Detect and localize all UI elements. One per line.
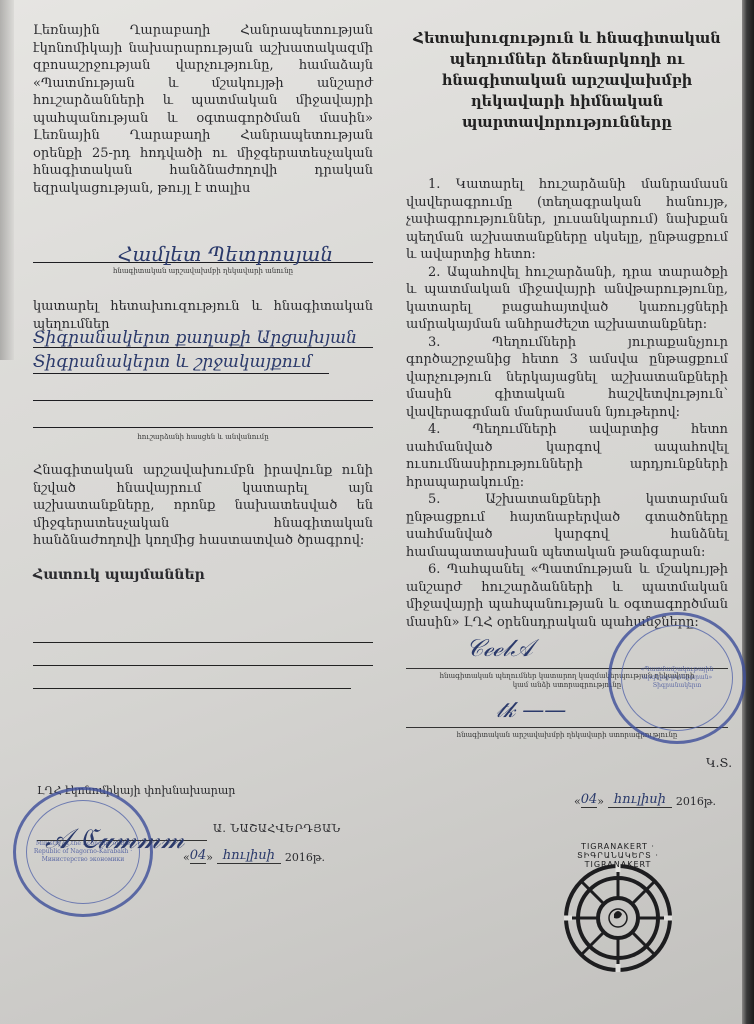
monument-line-3 [33, 400, 373, 401]
date-month: հուլիսի [608, 792, 672, 808]
monument-line-1 [33, 347, 373, 348]
obligation-item-5: 5. Աշխատանքների կատարման ընթացքում հայտն… [406, 491, 728, 561]
special-conditions-heading: Հատուկ պայմաններ [33, 567, 205, 583]
left-column: Լեռնային Ղարաբաղի Հանրապետության էկոնոմի… [33, 22, 373, 268]
intro-paragraph: Լեռնային Ղարաբաղի Հանրապետության էկոնոմի… [33, 22, 373, 268]
leader-signature: 𝓉𝓀 —— [496, 698, 566, 723]
conditions-line-1 [33, 642, 373, 643]
paper-shadow [0, 0, 14, 360]
minister-signature: 𝒜 ℭ𝓊𝓂𝓂𝓂 [45, 822, 184, 856]
museum-stamp: «Պատմամշակութային արգելոց-թանգարան» Տիգր… [608, 612, 746, 744]
right-column: Հետախուզություն և հնագիտական պեղումներ ձ… [406, 22, 728, 133]
date-day: 04 [581, 792, 598, 808]
obligation-item-4: 4. Պեղումների ավարտից հետո սահմանված կար… [406, 421, 728, 491]
seal-label: Կ.Տ. [706, 756, 732, 770]
monument-line-4 [33, 427, 373, 428]
leader-name-caption: հնագիտական արշավախմբի ղեկավարի անունը [33, 266, 373, 276]
handwritten-monument-line-1: Տիգրանակերտ քաղաքի Արցախյան [33, 328, 357, 348]
handwritten-monument-line-2: Տիգրանակերտ և շրջակայքում [33, 352, 312, 372]
logo-ring-text: TIGRANAKERT · ՏԻԳՐԱՆԱԿԵՐՏ · TIGRANAKERT [548, 842, 688, 869]
obligation-item-3: 3. Պեղումների յուրաքանչյուր գործաշրջանից… [406, 334, 728, 422]
conditions-line-3 [33, 688, 351, 689]
monument-line-2 [33, 373, 329, 374]
left-date: « 04 » հուլիսի 2016թ. [183, 848, 325, 864]
deputy-minister-name: Ա. ՆԱՇԱՀՎԵՐԴՅԱՆ [213, 822, 341, 835]
conditions-line-2 [33, 665, 373, 666]
obligation-item-1: 1. Կատարել հուշարձանի մանրամասն վավերագր… [406, 176, 728, 264]
date-day: 04 [190, 848, 207, 864]
handwritten-leader-name: Համլետ Պետրոսյան [118, 242, 333, 266]
org-signature: 𝒞ℯℯ𝓁𝒜 [466, 634, 533, 662]
tigranakert-logo-stamp [548, 848, 688, 988]
obligation-item-2: 2. Ապահովել հուշարձանի, դրա տարածքի և պա… [406, 264, 728, 334]
obligations-title: Հետախուզություն և հնագիտական պեղումներ ձ… [406, 28, 728, 133]
obligations-list: 1. Կատարել հուշարձանի մանրամասն վավերագր… [406, 176, 728, 631]
monument-caption: հուշարձանի հասցեն և անվանումը [33, 432, 373, 442]
date-month: հուլիսի [217, 848, 281, 864]
background-edge [742, 0, 754, 1024]
rights-paragraph: Հնագիտական արշավախումբն իրավունք ունի նշ… [33, 462, 373, 550]
right-date: « 04 » հուլիսի 2016թ. [574, 792, 716, 808]
